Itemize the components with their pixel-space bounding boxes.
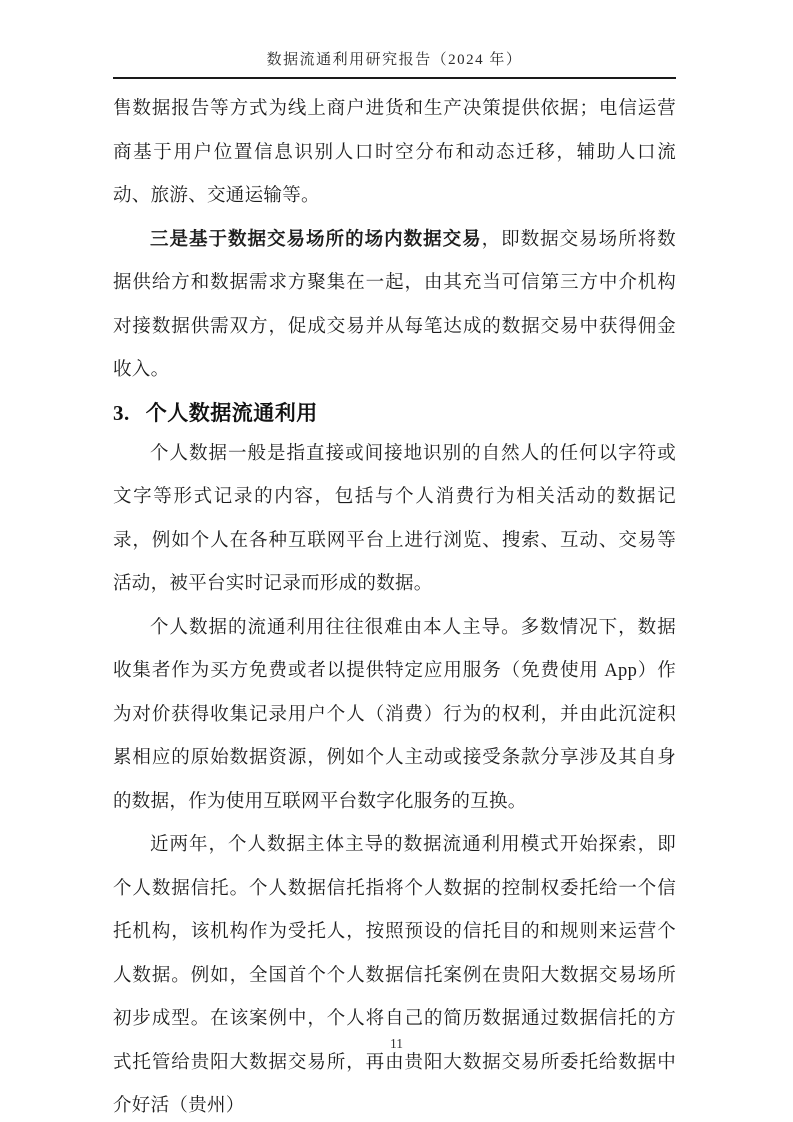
- paragraph-continuation: 售数据报告等方式为线上商户进货和生产决策提供依据；电信运营商基于用户位置信息识别…: [113, 88, 676, 219]
- section-title: 个人数据流通利用: [146, 401, 318, 425]
- section-heading: 3.个人数据流通利用: [113, 393, 676, 433]
- page-number: 11: [390, 1036, 403, 1051]
- section-number: 3.: [113, 401, 130, 425]
- running-header: 数据流通利用研究报告（2024 年）: [113, 0, 676, 79]
- paragraph-exchange-trading: 三是基于数据交易场所的场内数据交易，即数据交易场所将数据供给方和数据需求方聚集在…: [113, 219, 676, 393]
- paragraph-data-trust: 近两年，个人数据主体主导的数据流通利用模式开始探索，即个人数据信托。个人数据信托…: [113, 824, 676, 1122]
- document-page: 数据流通利用研究报告（2024 年） 售数据报告等方式为线上商户进货和生产决策提…: [0, 0, 793, 1122]
- paragraph-rest: ，即数据交易场所将数据供给方和数据需求方聚集在一起，由其充当可信第三方中介机构对…: [113, 230, 676, 381]
- paragraph-bold-lead: 三是基于数据交易场所的场内数据交易: [150, 230, 482, 250]
- paragraph-personal-data-definition: 个人数据一般是指直接或间接地识别的自然人的任何以字符或文字等形式记录的内容，包括…: [113, 433, 676, 607]
- page-body: 售数据报告等方式为线上商户进货和生产决策提供依据；电信运营商基于用户位置信息识别…: [113, 88, 676, 1122]
- page-footer: 11: [0, 1036, 793, 1052]
- report-title: 数据流通利用研究报告（2024 年）: [267, 48, 523, 77]
- paragraph-personal-data-collection: 个人数据的流通利用往往很难由本人主导。多数情况下，数据收集者作为买方免费或者以提…: [113, 607, 676, 825]
